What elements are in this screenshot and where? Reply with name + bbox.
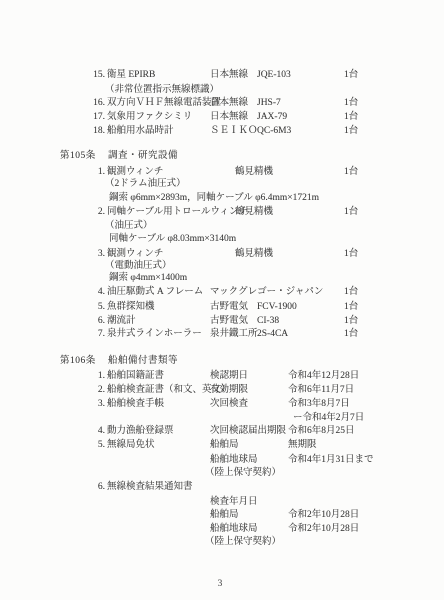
item-name: 魚群探知機 (107, 301, 155, 314)
document-name: 動力漁船登録票 (107, 425, 174, 438)
date-label: 有効期限 (210, 384, 248, 397)
item-name: 双方向ＶＨＦ無線電話装置 (107, 97, 221, 110)
item-model: JQE-103 (257, 69, 291, 82)
equipment-row: 4. 油圧駆動式 A フレーム マックグレゴー・ジャパン 1台 (0, 286, 444, 299)
date-label: 次回検認届出期限 (210, 425, 286, 438)
date-label: 次回検査 (210, 398, 248, 411)
item-number: 4. (85, 425, 105, 438)
item-model: CI-38 (257, 315, 279, 328)
document-row: 2. 船舶検査証書（和文、英文） 有効期限 令和6年11月7日 (0, 384, 444, 397)
date-label: 検査年月日 (210, 496, 258, 509)
item-name: 船舶用水晶時計 (107, 125, 174, 138)
item-name: 衛星 EPIRB (107, 69, 155, 82)
item-name: 泉井式ラインホーラー (107, 328, 202, 341)
document-row-continuation: ー令和4年2月7日 (0, 412, 444, 425)
item-name: 同軸ケーブル用トロールウィンチ (107, 206, 248, 219)
item-number: 16. (85, 97, 105, 110)
item-quantity: 1台 (344, 111, 358, 124)
item-model: FCV-1900 (257, 301, 297, 314)
item-model: JHS-7 (257, 97, 281, 110)
document-name: 無線検査結果通知書 (107, 481, 193, 494)
document-name: 船舶検査手帳 (107, 398, 164, 411)
date-label: 船舶地球局 (210, 454, 258, 467)
document-sub-row: 検査年月日 (0, 496, 444, 509)
item-note: （油圧式） (105, 220, 153, 233)
item-number: 15. (85, 69, 105, 82)
date-value: 令和3年8月7日 (288, 398, 350, 411)
equipment-note-row: （非常位置指示無線標識） (0, 84, 444, 97)
item-spec: 鋼索 φ6mm×2893m，同軸ケーブル φ6.4mm×1721m (109, 192, 319, 205)
article-number: 第105条 (60, 150, 96, 163)
item-spec: 同軸ケーブル φ8.03mm×3140m (109, 233, 236, 246)
equipment-row: 5. 魚群探知機 古野電気 FCV-1900 1台 (0, 301, 444, 314)
article-title: 調査・研究設備 (108, 150, 178, 163)
equipment-row: 6. 潮流計 古野電気 CI-38 1台 (0, 315, 444, 328)
article-header: 第106条 船舶備付書類等 (0, 355, 444, 368)
equipment-spec-row: 同軸ケーブル φ8.03mm×3140m (0, 233, 444, 246)
item-manufacturer: 日本無線 (210, 111, 248, 124)
date-value: 令和6年11月7日 (288, 384, 354, 397)
document-row: 5. 無線局免状 船舶局 無期限 (0, 439, 444, 452)
equipment-row: 18. 船舶用水晶時計 ＳＥＩＫＯ QC-6M3 1台 (0, 125, 444, 138)
date-label: 船舶地球局 (210, 523, 258, 536)
item-note: （2ドラム油圧式） (105, 178, 186, 191)
item-number: 18. (85, 125, 105, 138)
document-row: 3. 船舶検査手帳 次回検査 令和3年8月7日 (0, 398, 444, 411)
item-number: 1. (85, 370, 105, 383)
item-quantity: 1台 (344, 286, 358, 299)
item-quantity: 1台 (344, 301, 358, 314)
document-row: 1. 船舶国籍証書 検認期日 令和4年12月28日 (0, 370, 444, 383)
equipment-row: 16. 双方向ＶＨＦ無線電話装置 日本無線 JHS-7 1台 (0, 97, 444, 110)
date-label: 船舶局 (210, 439, 239, 452)
item-number: 6. (85, 481, 105, 494)
document-sub-row: （陸上保守契約） (0, 536, 444, 549)
date-value: 令和2年10月28日 (288, 509, 359, 522)
item-quantity: 1台 (344, 315, 358, 328)
equipment-row: 15. 衛星 EPIRB 日本無線 JQE-103 1台 (0, 69, 444, 82)
item-name: 油圧駆動式 A フレーム (107, 286, 203, 299)
document-row: 6. 無線検査結果通知書 (0, 481, 444, 494)
item-manufacturer: 日本無線 (210, 97, 248, 110)
item-manufacturer: 泉井鐵工所 (210, 328, 258, 341)
document-sub-row: （陸上保守契約） (0, 467, 444, 480)
date-value: 無期限 (288, 439, 317, 452)
item-number: 5. (85, 301, 105, 314)
item-number: 2. (85, 384, 105, 397)
date-value: 令和4年12月28日 (288, 370, 359, 383)
item-number: 3. (85, 398, 105, 411)
item-number: 5. (85, 439, 105, 452)
document-sub-row: 船舶地球局 令和4年1月31日まで (0, 454, 444, 467)
item-quantity: 1台 (344, 125, 358, 138)
equipment-spec-row: 鋼索 φ6mm×2893m，同軸ケーブル φ6.4mm×1721m (0, 192, 444, 205)
date-value: 令和6年8月25日 (288, 425, 355, 438)
equipment-row: 17. 気象用ファクシミリ 日本無線 JAX-79 1台 (0, 111, 444, 124)
item-quantity: 1台 (344, 97, 358, 110)
date-value-end: ー令和4年2月7日 (293, 412, 364, 425)
document-sub-row: 船舶局 令和2年10月28日 (0, 509, 444, 522)
item-name: 潮流計 (107, 315, 136, 328)
maintenance-contract-note: （陸上保守契約） (205, 467, 281, 480)
scanned-document-page: 15. 衛星 EPIRB 日本無線 JQE-103 1台 （非常位置指示無線標識… (0, 0, 444, 600)
item-number: 17. (85, 111, 105, 124)
item-manufacturer: マックグレゴー・ジャパン (210, 286, 323, 299)
item-manufacturer: ＳＥＩＫＯ (210, 125, 258, 138)
document-row: 4. 動力漁船登録票 次回検認届出期限 令和6年8月25日 (0, 425, 444, 438)
document-name: 無線局免状 (107, 439, 155, 452)
item-name: 気象用ファクシミリ (107, 111, 192, 124)
item-manufacturer: 古野電気 (210, 315, 248, 328)
equipment-spec-row: 鋼索 φ4mm×1400m (0, 272, 444, 285)
document-name: 船舶国籍証書 (107, 370, 164, 383)
item-manufacturer: 鶴見精機 (235, 206, 273, 219)
item-number: 7. (85, 328, 105, 341)
item-quantity: 1台 (344, 69, 358, 82)
article-title: 船舶備付書類等 (108, 355, 178, 368)
item-spec: 鋼索 φ4mm×1400m (109, 272, 187, 285)
item-quantity: 1台 (344, 206, 358, 219)
equipment-note-row: （油圧式） (0, 220, 444, 233)
maintenance-contract-note: （陸上保守契約） (205, 536, 281, 549)
article-header: 第105条 調査・研究設備 (0, 150, 444, 163)
item-model: QC-6M3 (257, 125, 291, 138)
equipment-row: 7. 泉井式ラインホーラー 泉井鐵工所 2S-4CA 1台 (0, 328, 444, 341)
item-quantity: 1台 (344, 328, 358, 341)
item-manufacturer: 古野電気 (210, 301, 248, 314)
article-number: 第106条 (60, 355, 96, 368)
item-manufacturer: 日本無線 (210, 69, 248, 82)
equipment-row: 2. 同軸ケーブル用トロールウィンチ 鶴見精機 1台 (0, 206, 444, 219)
item-number: 2. (85, 206, 105, 219)
item-model: JAX-79 (257, 111, 287, 124)
item-model: 2S-4CA (257, 328, 288, 341)
item-number: 6. (85, 315, 105, 328)
document-sub-row: 船舶地球局 令和2年10月28日 (0, 523, 444, 536)
equipment-note-row: （2ドラム油圧式） (0, 178, 444, 191)
item-number: 4. (85, 286, 105, 299)
date-label: 検認期日 (210, 370, 248, 383)
date-value: 令和2年10月28日 (288, 523, 359, 536)
item-note: （非常位置指示無線標識） (105, 84, 219, 97)
date-label: 船舶局 (210, 509, 239, 522)
date-value: 令和4年1月31日まで (288, 454, 374, 467)
page-number: 3 (205, 578, 235, 591)
